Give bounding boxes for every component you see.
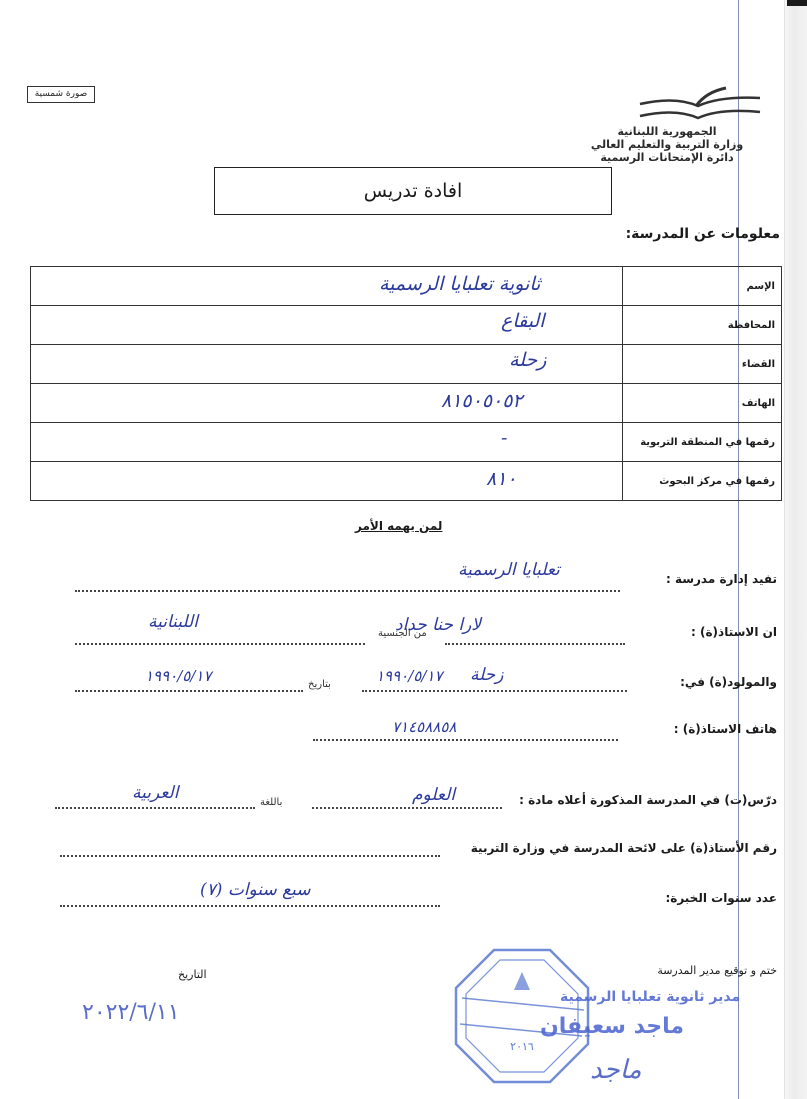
birth-label: والمولود(ة) في: — [680, 675, 777, 689]
value-cell: ٨١٠ — [31, 462, 623, 501]
fold-line — [738, 0, 739, 1099]
ministry-header: الجمهورية اللبنانية وزارة التربية والتعل… — [567, 125, 767, 164]
taught-label: درّس(ت) في المدرسة المذكورة أعلاه مادة : — [519, 793, 777, 807]
school-label: تفيد إدارة مدرسة : — [666, 572, 777, 586]
document-title: افادة تدريس — [214, 167, 612, 215]
scan-corner — [787, 0, 807, 6]
svg-text:٢٠١٦: ٢٠١٦ — [510, 1040, 534, 1053]
label-cell: القضاء — [623, 345, 782, 384]
date-value: ٢٠٢٢/٦/١١ — [82, 1000, 180, 1025]
registry-dots — [60, 855, 440, 857]
label-cell: الهاتف — [623, 384, 782, 423]
experience-dots — [60, 905, 440, 907]
scan-edge — [784, 0, 807, 1099]
district-value: زحلة — [509, 349, 546, 371]
ministry-line-2: وزارة التربية والتعليم العالي — [567, 138, 767, 151]
ministry-line-3: دائرة الإمتحانات الرسمية — [567, 151, 767, 164]
table-row: البقاع المحافظة — [31, 306, 782, 345]
school-info-table: ثانوية تعلبايا الرسمية الإسم البقاع المح… — [30, 266, 782, 501]
photo-stamp: صورة شمسية — [27, 86, 95, 103]
teacher-phone-label: هاتف الاستاذ(ة) : — [674, 722, 777, 736]
birth-date-value-1: ١٩٩٠/٥/١٧ — [376, 667, 443, 685]
label-cell: رقمها في مركز البحوث — [623, 462, 782, 501]
school-value: تعلبايا الرسمية — [458, 560, 560, 580]
teacher-label: ان الاستاذ(ة) : — [691, 625, 777, 639]
section-heading: معلومات عن المدرسة: — [626, 226, 780, 242]
ministry-logo-icon — [636, 86, 764, 128]
birth-place-dots — [362, 690, 627, 692]
value-cell: ٨١٥٠٥٠٥٢ — [31, 384, 623, 423]
research-center-number-value: ٨١٠ — [486, 468, 517, 490]
table-row: ٨١٥٠٥٠٥٢ الهاتف — [31, 384, 782, 423]
label-cell: الإسم — [623, 267, 782, 306]
teacher-phone-dots — [313, 739, 618, 741]
phone-value: ٨١٥٠٥٠٥٢ — [441, 390, 523, 412]
value-cell: ثانوية تعلبايا الرسمية — [31, 267, 623, 306]
value-cell: - — [31, 423, 623, 462]
value-cell: البقاع — [31, 306, 623, 345]
principal-signature: ماجد — [590, 1055, 642, 1085]
subject-dots — [312, 807, 502, 809]
declaration-heading: لمن يهمه الأمر — [355, 519, 442, 533]
teacher-phone-value: ٧١٤٥٨٨٥٨ — [392, 718, 456, 736]
experience-value: سبع سنوات (٧) — [200, 880, 311, 900]
language-label: باللغة — [260, 797, 282, 808]
nationality-dots — [75, 643, 365, 645]
value-cell: زحلة — [31, 345, 623, 384]
nationality-label: من الجنسية — [378, 628, 427, 639]
label-cell: رقمها في المنطقة التربوية — [623, 423, 782, 462]
ministry-line-1: الجمهورية اللبنانية — [567, 125, 767, 138]
table-row: ثانوية تعلبايا الرسمية الإسم — [31, 267, 782, 306]
educational-zone-number-value: - — [501, 427, 507, 449]
language-dots — [55, 807, 255, 809]
principal-name: ماجد سعيفان — [540, 1014, 684, 1039]
experience-label: عدد سنوات الخبرة: — [665, 891, 777, 905]
subject-value: العلوم — [412, 785, 455, 805]
birth-date-label: بتاريخ — [308, 679, 331, 690]
birth-place-value: زحلة — [470, 665, 503, 685]
language-value: العربية — [132, 783, 178, 803]
teacher-dots — [445, 643, 625, 645]
registry-label: رقم الأستاذ(ة) على لائحة المدرسة في وزار… — [471, 841, 777, 855]
school-name-value: ثانوية تعلبايا الرسمية — [379, 273, 540, 295]
label-cell: المحافظة — [623, 306, 782, 345]
principal-title: مدير ثانوية تعلبايا الرسمية — [560, 989, 740, 1005]
birth-date-value-2: ١٩٩٠/٥/١٧ — [145, 667, 212, 685]
date-label: التاريخ — [178, 968, 207, 981]
nationality-value: اللبنانية — [148, 612, 198, 632]
school-dots — [75, 590, 620, 592]
sign-label: ختم و توقيع مدير المدرسة — [657, 964, 777, 977]
table-row: زحلة القضاء — [31, 345, 782, 384]
birth-date-dots — [75, 690, 303, 692]
governorate-value: البقاع — [501, 310, 545, 332]
table-row: - رقمها في المنطقة التربوية — [31, 423, 782, 462]
table-row: ٨١٠ رقمها في مركز البحوث — [31, 462, 782, 501]
